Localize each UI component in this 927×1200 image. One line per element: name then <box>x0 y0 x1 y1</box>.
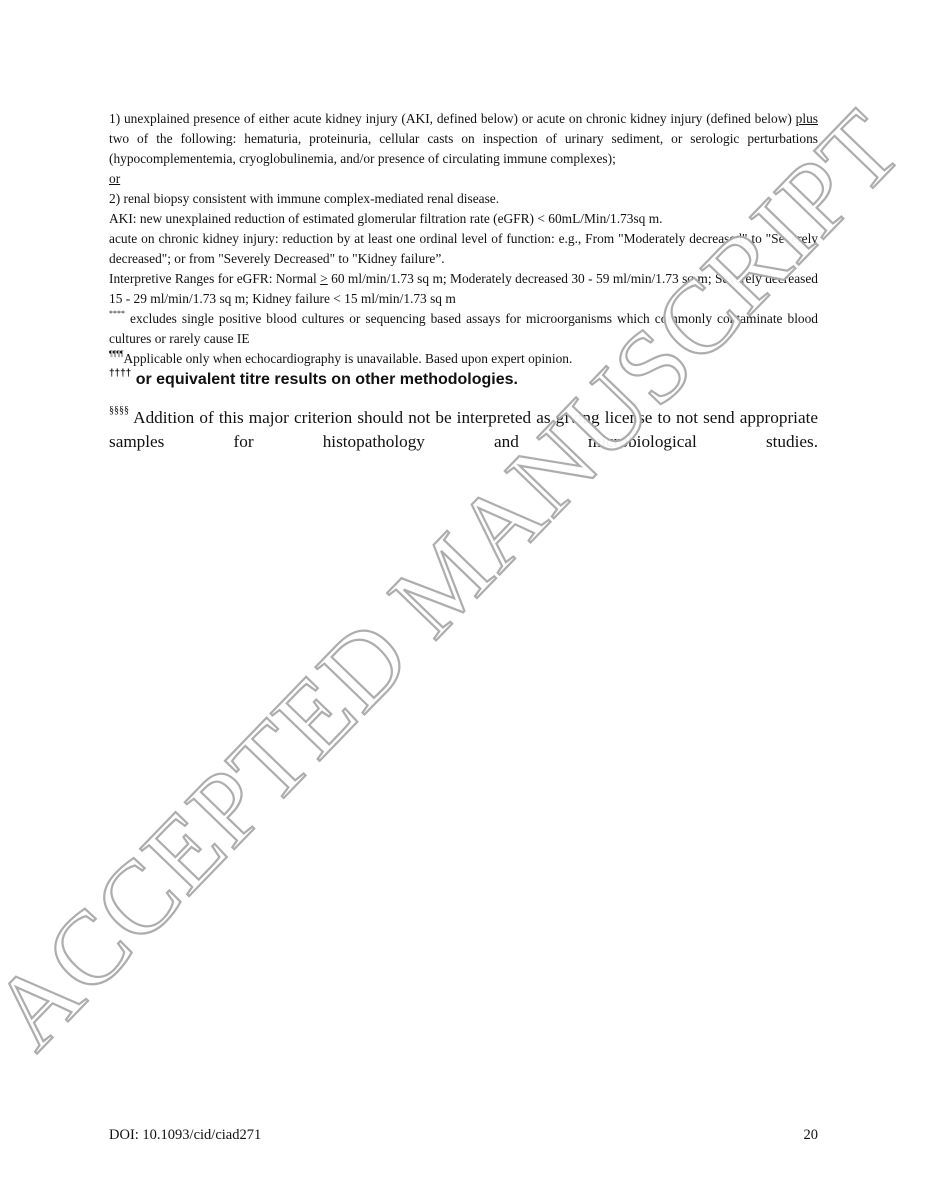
footnote-daggers: †††† or equivalent titre results on othe… <box>109 369 818 391</box>
egfr-ranges: Interpretive Ranges for eGFR: Normal > 6… <box>109 269 818 309</box>
footnote-text: Applicable only when echocardiography is… <box>124 351 573 366</box>
footnote-marker: §§§§ <box>109 405 129 416</box>
manuscript-page: 1) unexplained presence of either acute … <box>0 0 927 1200</box>
criterion-2-paragraph: 2) renal biopsy consistent with immune c… <box>109 189 818 209</box>
footnote-pilcrows: ¶¶¶¶Applicable only when echocardiograph… <box>109 349 818 369</box>
footnote-text: Addition of this major criterion should … <box>109 408 818 451</box>
footnote-marker: †††† <box>109 368 131 379</box>
criterion-1-text-start: 1) unexplained presence of either acute … <box>109 111 796 126</box>
footnote-text: or equivalent titre results on other met… <box>131 371 518 388</box>
greater-equal-symbol: > <box>320 271 328 286</box>
footnote-text: excludes single positive blood cultures … <box>109 311 818 346</box>
or-separator: or <box>109 169 818 189</box>
acute-on-chronic-definition: acute on chronic kidney injury: reductio… <box>109 229 818 269</box>
aki-definition: AKI: new unexplained reduction of estima… <box>109 209 818 229</box>
page-number: 20 <box>804 1127 819 1144</box>
footnote-marker: ¶¶¶¶ <box>109 349 124 358</box>
egfr-ranges-start: Interpretive Ranges for eGFR: Normal <box>109 271 320 286</box>
footnote-marker: **** <box>109 309 125 318</box>
doi-label: DOI: 10.1093/cid/ciad271 <box>109 1127 261 1144</box>
footnote-sections: §§§§ Addition of this major criterion sh… <box>109 406 818 454</box>
page-footer: DOI: 10.1093/cid/ciad271 20 <box>109 1127 818 1144</box>
body-text: 1) unexplained presence of either acute … <box>109 109 818 471</box>
footnote-asterisks: **** excludes single positive blood cult… <box>109 309 818 349</box>
criterion-1-text-end: two of the following: hematuria, protein… <box>109 131 818 166</box>
criterion-1-paragraph: 1) unexplained presence of either acute … <box>109 109 818 169</box>
underlined-plus: plus <box>796 111 818 126</box>
